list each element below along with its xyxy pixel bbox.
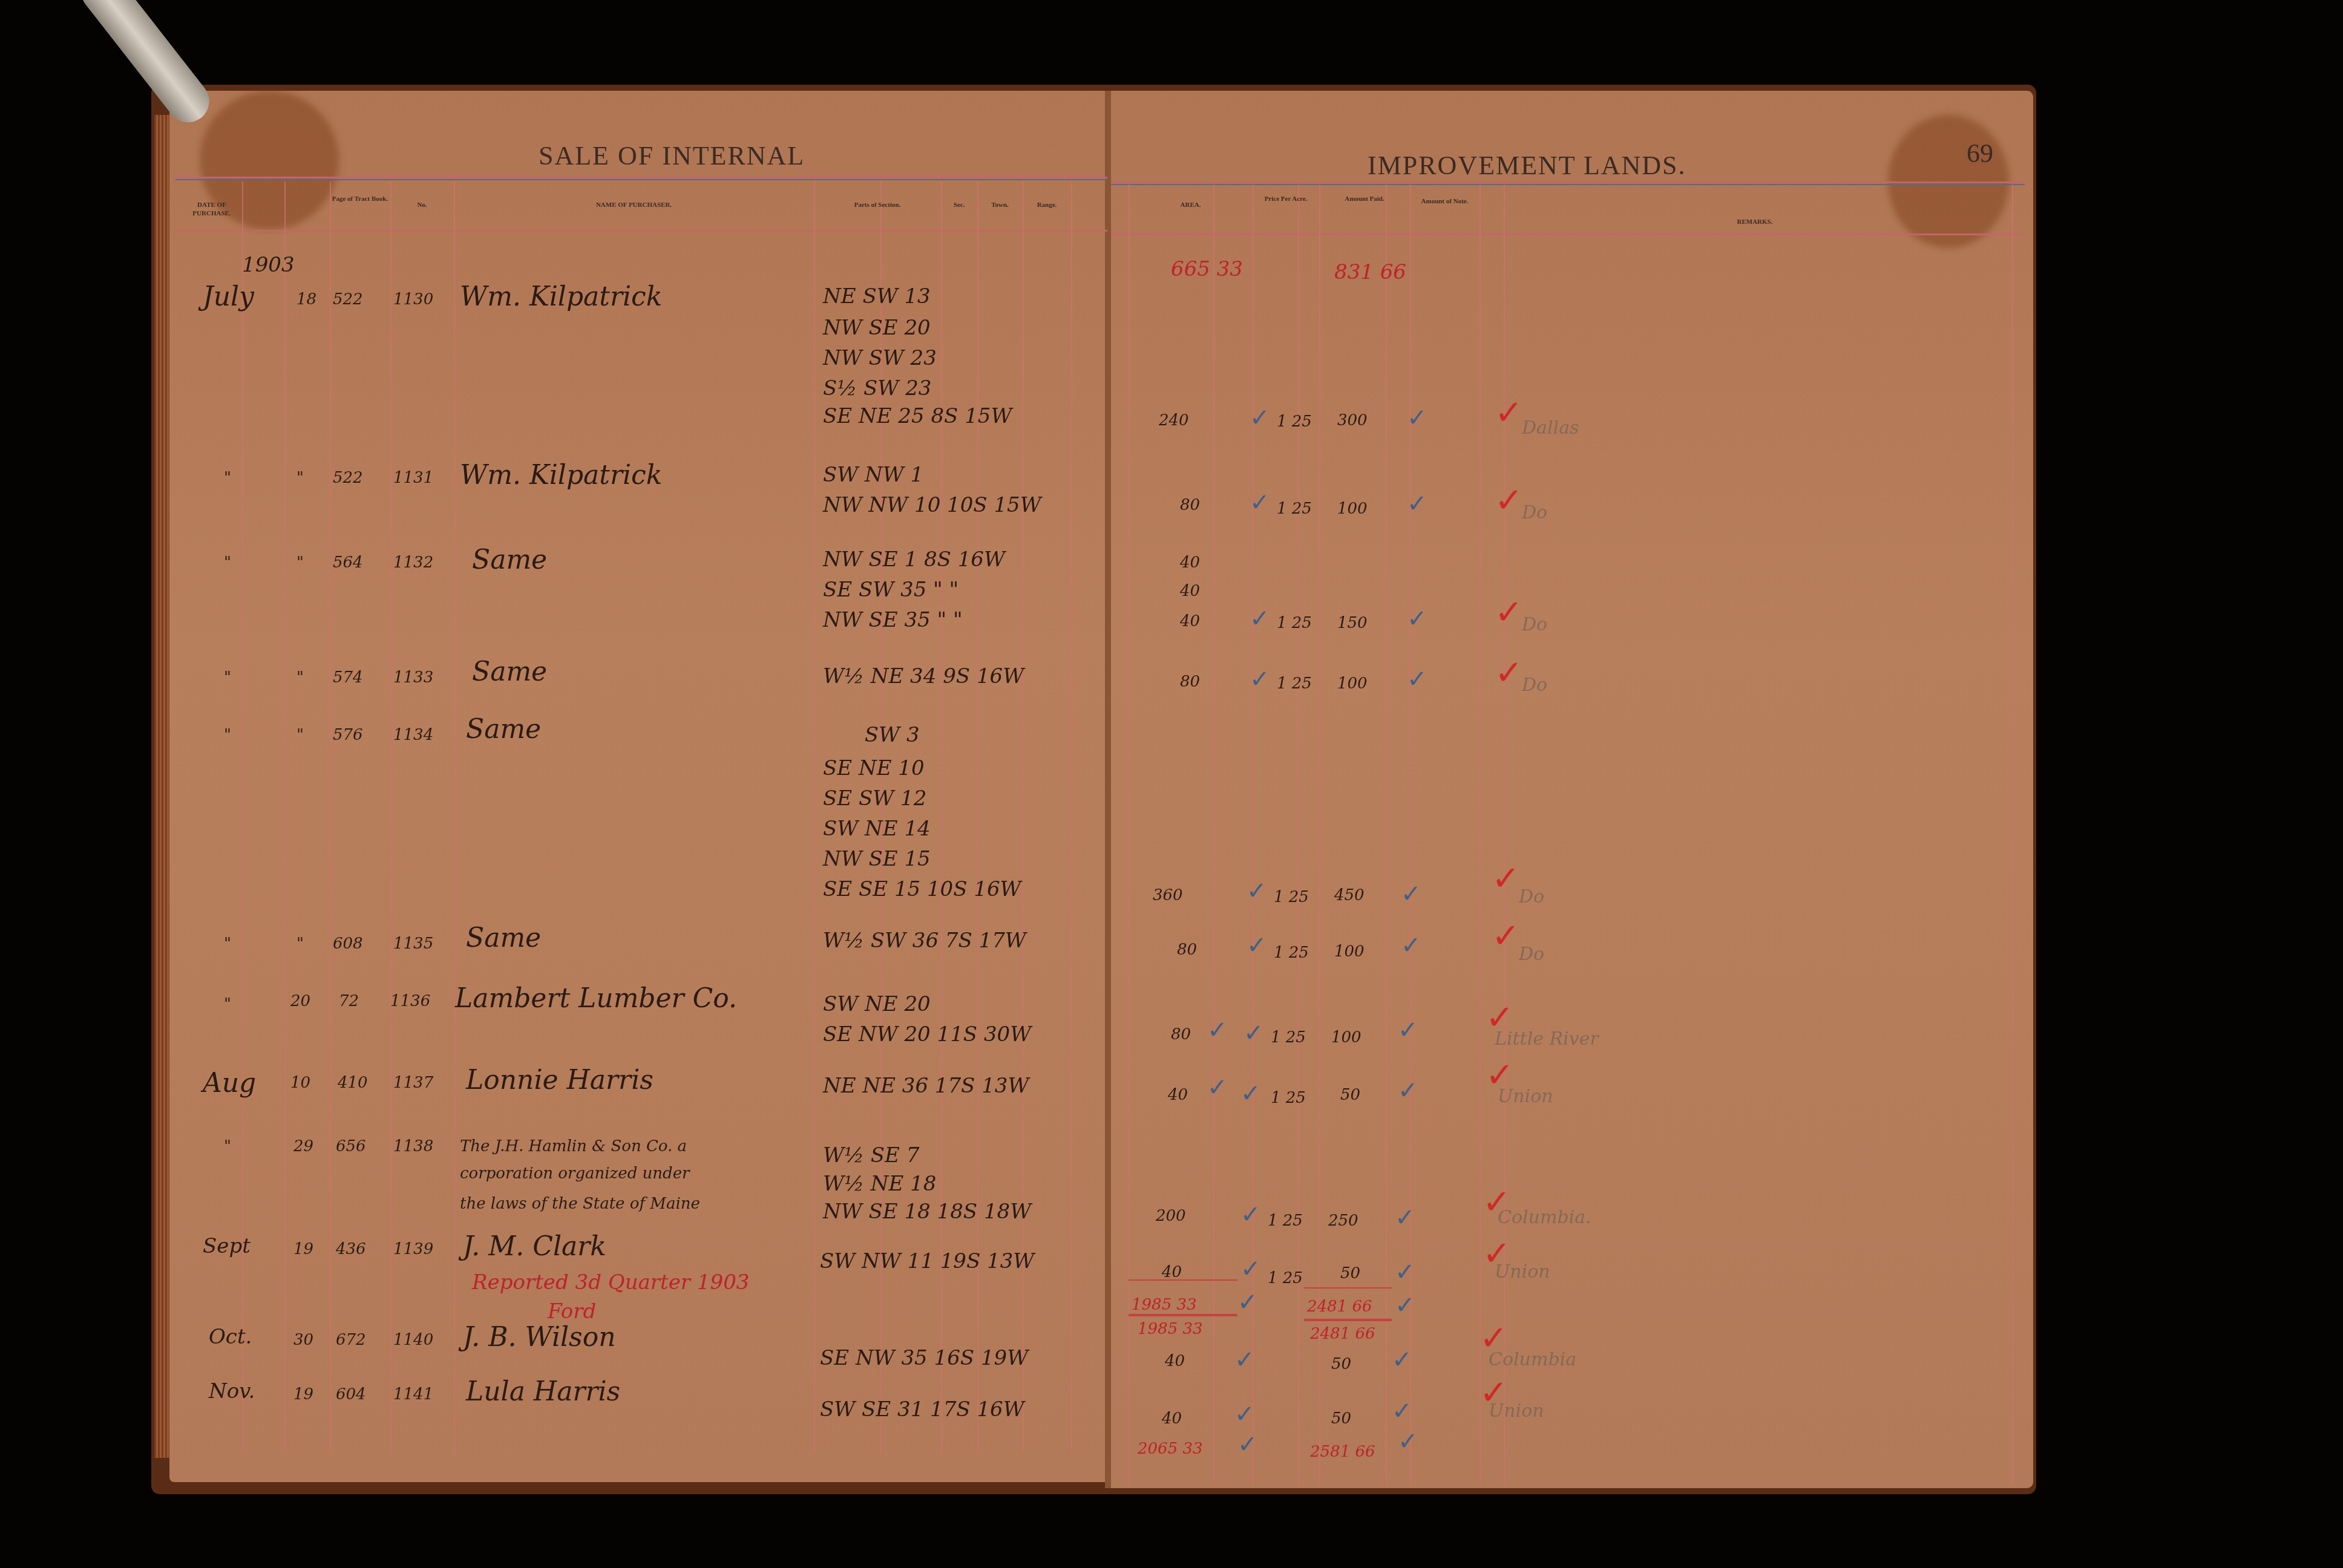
entry-paid: 450 <box>1334 886 1365 904</box>
entry-area: 40 <box>1165 1352 1185 1370</box>
entry-price: 1 25 <box>1274 888 1309 906</box>
blue-check-icon: ✓ <box>1398 1077 1418 1105</box>
part-b: NW <box>856 1346 895 1370</box>
part-a: NE <box>823 284 856 309</box>
subtotal-area: 1985 33 <box>1132 1296 1197 1314</box>
part-a: NE <box>823 1074 856 1098</box>
entry-remarks: Do <box>1519 886 1544 907</box>
part-sec: 36 <box>902 1074 928 1098</box>
part-a: W½ <box>823 929 864 953</box>
entry-month: Oct. <box>209 1325 252 1349</box>
part-sec: 20 <box>904 316 930 340</box>
entry-name: Same <box>466 714 541 745</box>
entry-day: " <box>297 935 304 953</box>
page-number: 69 <box>1967 138 1993 169</box>
entry-area-line: 40 <box>1180 554 1200 572</box>
entry-remarks: Do <box>1522 502 1547 523</box>
part-sec: 11 <box>908 1249 934 1273</box>
part-sec: 34 <box>910 664 936 688</box>
part-sec: 18 <box>904 1200 930 1224</box>
header-rule-left-blue <box>175 179 1107 180</box>
part-b: SW <box>862 284 897 309</box>
part-a: SW <box>820 1397 855 1422</box>
blue-check-icon: ✓ <box>1240 1201 1261 1229</box>
entry-paid: 50 <box>1331 1355 1351 1373</box>
entry-month: " <box>224 668 231 687</box>
entry-page: 522 <box>333 469 363 487</box>
entry-number: 1131 <box>393 469 433 487</box>
part-a: NW <box>823 608 862 632</box>
blue-check-icon: ✓ <box>1395 1258 1415 1286</box>
entry-remarks: Columbia. <box>1498 1207 1591 1228</box>
red-double-underline <box>1304 1319 1392 1321</box>
part-a: W½ <box>823 1172 864 1196</box>
part-sec: 13 <box>904 284 930 309</box>
col-line <box>1410 185 1411 1485</box>
part-sec: 15 <box>904 847 930 871</box>
entry-price: 1 25 <box>1277 675 1312 693</box>
part-range: 13W <box>981 1074 1029 1098</box>
quarter-report-signature: Ford <box>548 1299 596 1324</box>
blue-check-icon: ✓ <box>1392 1397 1412 1425</box>
entry-number: 1139 <box>393 1240 433 1258</box>
entry-area: 360 <box>1153 886 1183 904</box>
year: 1903 <box>242 253 295 277</box>
part-town: 8S <box>924 547 951 572</box>
part-range: 16W <box>974 877 1021 901</box>
part-sec: 14 <box>904 817 930 841</box>
part-a: SE <box>820 1346 849 1370</box>
col-line <box>814 181 815 1452</box>
carried-subtotal-area: 1985 33 <box>1138 1320 1203 1338</box>
entry-price: 1 25 <box>1277 413 1312 431</box>
part-b: NE <box>871 1172 904 1196</box>
col-header-town: Town. <box>977 201 1023 209</box>
col-line <box>390 181 392 1452</box>
entry-area: 80 <box>1180 496 1200 514</box>
carried-area: 665 33 <box>1171 257 1243 281</box>
part-sec: 7 <box>906 1143 920 1168</box>
part-b: SW <box>865 723 900 747</box>
red-underline <box>1129 1279 1237 1281</box>
part-b: SE <box>869 847 898 871</box>
entry-area: 80 <box>1177 941 1197 959</box>
entry-paid: 150 <box>1337 614 1368 632</box>
col-header-name: NAME OF PURCHASER. <box>454 201 814 209</box>
blue-check-icon: ✓ <box>1250 665 1270 693</box>
part-range: " <box>953 608 963 632</box>
part-range: 19W <box>981 1346 1028 1370</box>
entry-remarks: Union <box>1498 1086 1553 1107</box>
entry-price: 1 25 <box>1271 1089 1306 1107</box>
part-a: SW <box>823 817 858 841</box>
entry-number: 1136 <box>390 992 430 1010</box>
left-page-title: SALE OF INTERNAL <box>539 140 805 171</box>
blue-check-icon: ✓ <box>1207 1016 1228 1044</box>
col-header-paid: Amount Paid. <box>1319 195 1410 203</box>
part-range: 18W <box>984 1200 1031 1224</box>
part-b: NE <box>862 1074 896 1098</box>
red-check-icon: ✓ <box>1495 481 1523 520</box>
col-line <box>1129 185 1130 1485</box>
entry-paid: 100 <box>1337 675 1368 693</box>
red-double-underline <box>1129 1314 1237 1316</box>
entry-price: 1 25 <box>1268 1212 1303 1230</box>
part-sec: 15 <box>894 877 920 901</box>
red-underline <box>1304 1287 1392 1289</box>
blue-check-icon: ✓ <box>1244 1019 1264 1047</box>
entry-page: 576 <box>333 726 363 744</box>
entry-paid: 250 <box>1328 1212 1358 1230</box>
part-town: 11S <box>937 1022 978 1047</box>
part-sec: 18 <box>910 1172 936 1196</box>
blue-check-icon: ✓ <box>1234 1400 1255 1428</box>
entry-month: Nov. <box>209 1379 255 1403</box>
blue-check-icon: ✓ <box>1250 489 1270 517</box>
part-town: 17S <box>930 1397 971 1422</box>
red-check-icon: ✓ <box>1495 653 1523 693</box>
entry-day: 19 <box>293 1240 313 1258</box>
entry-day: 18 <box>297 290 316 309</box>
col-header-no: No. <box>393 201 451 209</box>
entry-area-line: 40 <box>1180 582 1200 600</box>
col-line <box>330 181 331 1452</box>
blue-check-icon: ✓ <box>1407 665 1427 693</box>
part-range: 16W <box>958 547 1005 572</box>
blue-check-icon: ✓ <box>1395 1292 1415 1319</box>
col-header-parts: Parts of Section. <box>814 201 941 209</box>
part-range: 13W <box>987 1249 1034 1273</box>
entry-remarks: Do <box>1522 675 1547 696</box>
col-header-note: Amount of Note. <box>1410 197 1480 206</box>
part-b: SW <box>859 578 894 602</box>
entry-name: Wm. Kilpatrick <box>460 460 662 491</box>
part-town: " <box>937 608 947 632</box>
blue-check-icon: ✓ <box>1392 1346 1412 1374</box>
blue-check-icon: ✓ <box>1395 1204 1415 1232</box>
red-check-icon: ✓ <box>1495 593 1523 632</box>
entry-name: Same <box>466 923 541 953</box>
subheader-rule-right <box>1111 234 2025 235</box>
entry-day: 19 <box>293 1385 313 1403</box>
blue-check-icon: ✓ <box>1407 490 1427 518</box>
blue-check-icon: ✓ <box>1240 1255 1261 1283</box>
entry-day: 30 <box>293 1331 313 1349</box>
blue-check-icon: ✓ <box>1207 1074 1228 1102</box>
part-a: SW <box>820 1249 855 1273</box>
entry-month: Aug <box>203 1068 256 1099</box>
part-a: NW <box>823 316 862 340</box>
entry-day: " <box>297 726 304 744</box>
part-sec: 36 <box>913 929 939 953</box>
blue-check-icon: ✓ <box>1240 1080 1261 1108</box>
entry-page: 608 <box>333 935 363 953</box>
letter-opener <box>73 0 218 131</box>
total-paid: 2581 66 <box>1310 1443 1375 1461</box>
col-line <box>454 181 455 1452</box>
part-range: 15W <box>965 404 1012 428</box>
entry-month: " <box>224 935 231 953</box>
part-sec: 10 <box>914 493 940 517</box>
part-a: SE <box>823 786 852 811</box>
entry-name: Same <box>472 656 547 687</box>
header-rule-right-blue <box>1111 184 2025 185</box>
entry-price: 1 25 <box>1277 500 1312 518</box>
col-line <box>1386 185 1387 1485</box>
part-sec: 20 <box>904 992 930 1016</box>
blue-check-icon: ✓ <box>1398 1016 1418 1044</box>
part-b: SE <box>869 1200 898 1224</box>
part-range: 15W <box>994 493 1041 517</box>
blue-check-icon: ✓ <box>1250 404 1270 432</box>
part-range: 17W <box>979 929 1026 953</box>
blue-check-icon: ✓ <box>1247 877 1267 905</box>
entry-month: " <box>224 554 231 572</box>
entry-paid: 100 <box>1334 942 1365 961</box>
col-line <box>1298 185 1299 1485</box>
blue-check-icon: ✓ <box>1398 1428 1418 1455</box>
part-b: NE <box>871 664 904 688</box>
entry-paid: 100 <box>1337 500 1368 518</box>
part-town: 10S <box>947 493 988 517</box>
carried-paid: 831 66 <box>1334 260 1406 284</box>
entry-paid: 100 <box>1331 1028 1362 1047</box>
subtotal-paid: 2481 66 <box>1307 1298 1372 1316</box>
entry-remarks: Little River <box>1495 1028 1599 1050</box>
part-b: SE <box>869 608 898 632</box>
entry-number: 1135 <box>393 935 433 953</box>
entry-remarks: Columbia <box>1489 1349 1576 1370</box>
entry-number: 1140 <box>393 1331 433 1349</box>
entry-paid: 50 <box>1340 1264 1360 1282</box>
entry-page: 574 <box>333 668 363 687</box>
part-b: SE <box>859 877 888 901</box>
col-line <box>1213 185 1214 1485</box>
entry-area: 240 <box>1159 411 1189 430</box>
entry-name-line: The J.H. Hamlin & Son Co. a <box>460 1137 687 1155</box>
entry-remarks: Union <box>1495 1261 1550 1282</box>
entry-page: 672 <box>336 1331 366 1349</box>
part-a: SE <box>823 1022 852 1047</box>
col-header-remarks: REMARKS. <box>1694 218 1815 226</box>
entry-page: 410 <box>338 1074 368 1092</box>
col-line <box>1504 185 1505 1485</box>
part-a: SE <box>823 404 852 428</box>
part-b: SE <box>869 547 898 572</box>
part-town: 16S <box>934 1346 975 1370</box>
col-line <box>242 181 243 1452</box>
entry-name-line: the laws of the State of Maine <box>460 1195 700 1213</box>
part-range: 16W <box>977 664 1024 688</box>
part-sec: 35 <box>900 578 926 602</box>
entry-day: 20 <box>290 992 310 1010</box>
col-header-area: AREA. <box>1129 201 1253 209</box>
part-range: 16W <box>977 1397 1024 1422</box>
red-check-icon: ✓ <box>1492 916 1520 956</box>
entry-remarks: Dallas <box>1522 417 1579 439</box>
part-b: NW <box>859 1022 898 1047</box>
entry-number: 1141 <box>393 1385 433 1403</box>
part-b: SW <box>871 929 906 953</box>
part-a: W½ <box>823 1143 864 1168</box>
part-a: SE <box>823 877 852 901</box>
part-b: SW <box>863 376 899 400</box>
entry-page: 604 <box>336 1385 366 1403</box>
part-a: S½ <box>823 376 857 400</box>
entry-day: " <box>297 668 304 687</box>
part-town: 18S <box>937 1200 978 1224</box>
entry-remarks: Do <box>1522 614 1547 635</box>
entry-name: Lonnie Harris <box>466 1065 654 1096</box>
part-sec: 23 <box>911 346 937 370</box>
col-header-price: Price Per Acre. <box>1253 195 1319 203</box>
part-b: SE <box>862 1397 891 1422</box>
part-a: W½ <box>823 664 864 688</box>
part-town: 9S <box>943 664 970 688</box>
entry-page: 72 <box>339 992 359 1010</box>
part-sec: 12 <box>900 786 926 811</box>
entry-month: " <box>224 469 231 487</box>
col-line <box>1480 185 1481 1485</box>
part-town: 10S <box>927 877 968 901</box>
entry-number: 1134 <box>393 726 433 744</box>
entry-name: Lula Harris <box>466 1376 620 1407</box>
entry-area: 40 <box>1162 1410 1182 1428</box>
entry-number: 1137 <box>393 1074 433 1092</box>
book-gutter <box>1105 91 1111 1488</box>
blue-check-icon: ✓ <box>1401 932 1421 959</box>
part-sec: 1 <box>904 547 917 572</box>
entry-price: 1 25 <box>1274 944 1309 962</box>
col-header-range: Range. <box>1023 201 1071 209</box>
entry-area: 80 <box>1171 1025 1191 1044</box>
part-b: SE <box>871 1143 900 1168</box>
entry-day: " <box>297 554 304 572</box>
part-sec: 3 <box>906 723 920 747</box>
part-sec: 25 <box>898 404 924 428</box>
entry-area: 40 <box>1168 1086 1188 1104</box>
part-b: NE <box>865 992 898 1016</box>
blue-check-icon: ✓ <box>1250 605 1270 633</box>
part-b: NE <box>865 817 898 841</box>
quarter-report-note: Reported 3d Quarter 1903 <box>472 1270 749 1295</box>
blue-check-icon: ✓ <box>1237 1431 1258 1459</box>
entry-day: 10 <box>290 1074 310 1092</box>
red-check-icon: ✓ <box>1492 859 1520 898</box>
blue-check-icon: ✓ <box>1234 1346 1255 1374</box>
part-sec: 10 <box>898 756 924 780</box>
col-header-tract-page: Page of Tract Book. <box>330 195 390 203</box>
entry-month: " <box>224 995 231 1013</box>
entry-number: 1132 <box>393 554 433 572</box>
entry-price: 1 25 <box>1277 614 1312 632</box>
entry-paid: 50 <box>1340 1086 1360 1104</box>
part-b: NW <box>869 493 908 517</box>
entry-month: " <box>224 1137 231 1155</box>
part-sec: 35 <box>904 608 930 632</box>
entry-page: 564 <box>333 554 363 572</box>
blue-check-icon: ✓ <box>1407 404 1427 432</box>
entry-page: 436 <box>336 1240 366 1258</box>
part-b: SE <box>869 316 898 340</box>
entry-month: " <box>224 726 231 744</box>
part-sec: 35 <box>901 1346 927 1370</box>
col-line <box>2012 185 2013 1485</box>
part-sec: 20 <box>904 1022 930 1047</box>
entry-number: 1133 <box>393 668 433 687</box>
col-line <box>1319 185 1320 1485</box>
col-line <box>1071 181 1072 1452</box>
entry-day: 29 <box>293 1137 313 1155</box>
entry-area: 80 <box>1180 673 1200 691</box>
entry-page: 656 <box>336 1137 366 1155</box>
entry-paid: 50 <box>1331 1410 1351 1428</box>
part-a: SW <box>823 463 858 487</box>
part-town: 8S <box>931 404 958 428</box>
col-line <box>284 181 286 1452</box>
entry-paid: 300 <box>1337 411 1368 430</box>
part-b: NW <box>865 463 904 487</box>
part-a: SE <box>823 578 852 602</box>
subheader-rule-left <box>175 230 1107 232</box>
entry-name: J. B. Wilson <box>463 1322 616 1353</box>
part-b: NE <box>859 756 892 780</box>
entry-price: 1 25 <box>1271 1028 1306 1047</box>
entry-number: 1138 <box>393 1137 433 1155</box>
entry-area-line: 40 <box>1180 612 1200 630</box>
part-town: " <box>933 578 943 602</box>
part-a: NW <box>823 1200 862 1224</box>
header-rule-left <box>175 177 1107 178</box>
entry-name: Lambert Lumber Co. <box>455 983 737 1014</box>
part-town: 17S <box>935 1074 975 1098</box>
part-sec: 1 <box>911 463 924 487</box>
total-area: 2065 33 <box>1138 1440 1203 1458</box>
entry-number: 1130 <box>393 290 433 309</box>
col-header-date: DATE OF PURCHASE. <box>182 201 242 218</box>
part-sec: 31 <box>897 1397 923 1422</box>
part-a: NW <box>823 547 862 572</box>
blue-check-icon: ✓ <box>1237 1289 1258 1316</box>
part-range: 30W <box>984 1022 1031 1047</box>
col-header-sec: Sec. <box>941 201 977 209</box>
blue-check-icon: ✓ <box>1247 932 1267 959</box>
entry-name-line: corporation organized under <box>460 1165 690 1183</box>
part-a: SW <box>823 992 858 1016</box>
part-sec: 23 <box>905 376 931 400</box>
blue-check-icon: ✓ <box>1407 605 1427 633</box>
entry-area: 40 <box>1162 1263 1182 1281</box>
part-town: 7S <box>945 929 972 953</box>
entry-month: Sept <box>203 1234 251 1258</box>
part-b: NE <box>859 404 892 428</box>
entry-day: " <box>297 469 304 487</box>
part-town: 19S <box>940 1249 981 1273</box>
part-a: NW <box>823 346 862 370</box>
header-rule-right <box>1111 181 2025 183</box>
blue-check-icon: ✓ <box>1401 880 1421 908</box>
part-a: NW <box>823 847 862 871</box>
entry-page: 522 <box>333 290 363 309</box>
entry-remarks: Union <box>1489 1400 1544 1422</box>
entry-area: 200 <box>1156 1207 1186 1225</box>
right-page-title: IMPROVEMENT LANDS. <box>1368 150 1686 181</box>
part-range: " <box>949 578 959 602</box>
part-a: NW <box>823 493 862 517</box>
part-b: NW <box>862 1249 901 1273</box>
carried-subtotal-paid: 2481 66 <box>1310 1325 1375 1343</box>
entry-name: Same <box>472 544 547 575</box>
